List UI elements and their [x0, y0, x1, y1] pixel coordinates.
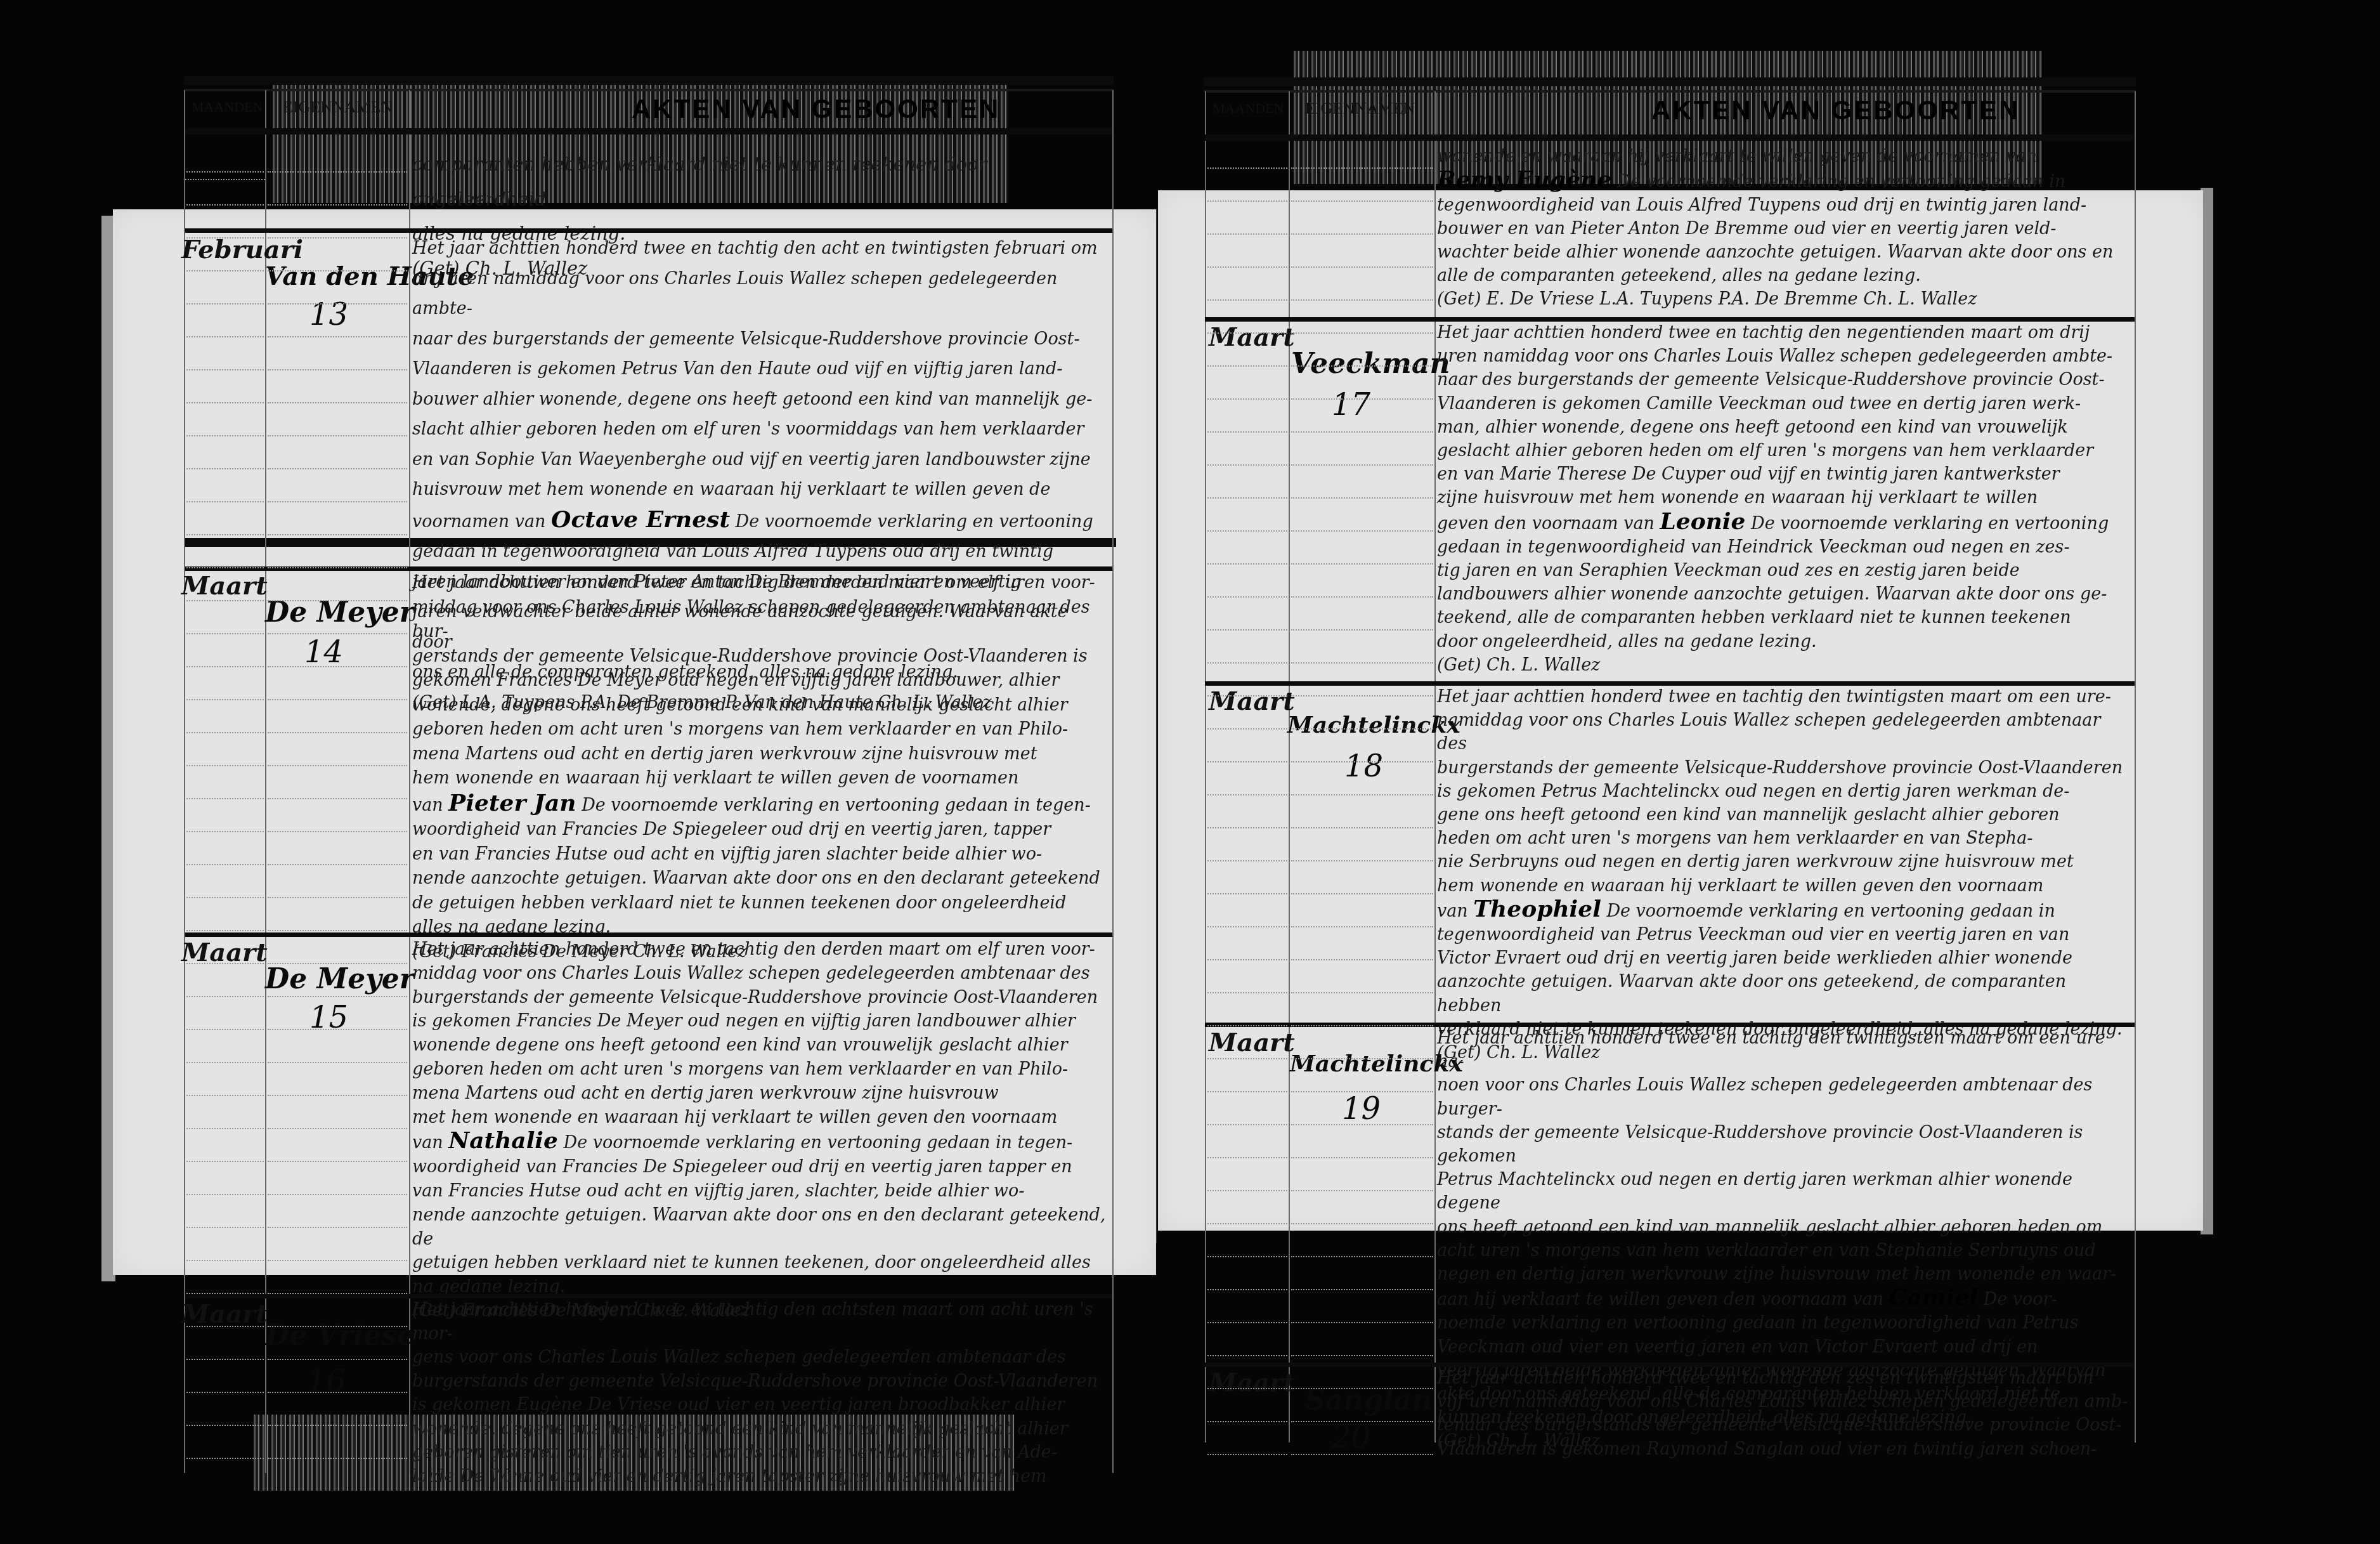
- ruled-guide-line: [1207, 1223, 1287, 1224]
- ruled-guide-line: [268, 336, 407, 337]
- entry-month: Maart: [1209, 1028, 1295, 1057]
- ruled-guide-line: [1207, 464, 1287, 466]
- ruled-guide-line: [1291, 761, 1433, 762]
- ruled-guide-line: [1207, 662, 1287, 664]
- ruled-guide-line: [268, 369, 407, 370]
- ruled-guide-line: [1291, 200, 1433, 202]
- ruled-guide-line: [1207, 1124, 1287, 1125]
- ruled-guide-line: [268, 798, 407, 799]
- ruled-guide-line: [186, 1128, 264, 1129]
- ruled-guide-line: [1207, 761, 1287, 762]
- ruled-guide-line: [1207, 926, 1287, 927]
- ruled-guide-line: [268, 1359, 407, 1360]
- ruled-guide-line: [186, 237, 264, 239]
- ruled-guide-line: [186, 699, 264, 700]
- ruled-guide-line: [186, 1293, 264, 1294]
- ruled-guide-line: [1207, 1256, 1287, 1257]
- ruled-guide-line: [1207, 365, 1287, 367]
- ruled-guide-line: [268, 270, 407, 272]
- ruled-guide-line: [268, 303, 407, 304]
- ruled-guide-line: [268, 1293, 407, 1294]
- ruled-guide-line: [1291, 1388, 1433, 1389]
- ruled-guide-line: [268, 501, 407, 502]
- ruled-guide-line: [1291, 827, 1433, 828]
- ruled-guide-line: [1291, 860, 1433, 861]
- ruled-guide-line: [268, 666, 407, 667]
- ruled-guide-line: [1207, 992, 1287, 993]
- ruled-guide-line: [268, 930, 407, 931]
- right-register: MAANDEN EIGENNAMEN AKTEN VAN GEBOORTEN w…: [0, 0, 2380, 1544]
- ruled-guide-line: [186, 1392, 264, 1393]
- ruled-guide-line: [186, 501, 264, 502]
- ruled-guide-line: [1291, 728, 1433, 729]
- ruled-guide-line: [186, 1161, 264, 1162]
- ruled-guide-line: [186, 666, 264, 667]
- ruled-guide-line: [1207, 728, 1287, 729]
- ruled-guide-line: [268, 1029, 407, 1030]
- ruled-guide-line: [1207, 827, 1287, 828]
- ruled-guide-line: [1207, 860, 1287, 861]
- ruled-guide-line: [268, 402, 407, 403]
- ruled-guide-line: [1207, 266, 1287, 268]
- ruled-guide-line: [1291, 1124, 1433, 1125]
- entry-number: 17: [1332, 387, 1370, 422]
- ruled-guide-line: [268, 1425, 407, 1426]
- ruled-guide-line: [268, 1392, 407, 1393]
- ruled-guide-line: [1291, 1454, 1433, 1455]
- ruled-guide-line: [1207, 233, 1287, 235]
- ruled-guide-line: [268, 1161, 407, 1162]
- ruled-guide-line: [1207, 1355, 1287, 1356]
- ruled-guide-line: [186, 930, 264, 931]
- continuation-text: wonende en waaraan hij verklaart te will…: [1437, 145, 2133, 311]
- ruled-guide-line: [1291, 1091, 1433, 1092]
- ruled-guide-line: [1291, 1256, 1433, 1257]
- ruled-guide-line: [1291, 233, 1433, 235]
- ruled-guide-line: [1291, 167, 1433, 169]
- entry-first-names: Theophiel: [1473, 896, 1601, 922]
- ruled-guide-line: [268, 435, 407, 436]
- entry-text: Het jaar achttien honderd twee en tachti…: [1437, 321, 2133, 677]
- entry-first-names: Camiel: [1889, 1284, 1978, 1311]
- ruled-guide-line: [1207, 1421, 1287, 1422]
- header-bottom-rule: [1205, 134, 2133, 141]
- ruled-guide-line: [268, 864, 407, 865]
- ruled-guide-line: [268, 1227, 407, 1228]
- ruled-guide-line: [1291, 530, 1433, 532]
- ruled-guide-line: [186, 633, 264, 634]
- ruled-guide-line: [1291, 662, 1433, 664]
- ruled-guide-line: [186, 1260, 264, 1261]
- ruled-guide-line: [268, 831, 407, 832]
- ruled-guide-line: [268, 732, 407, 733]
- ruled-guide-line: [1207, 431, 1287, 433]
- ruled-guide-line: [186, 765, 264, 766]
- ruled-guide-line: [1291, 1289, 1433, 1290]
- ruled-guide-line: [1207, 299, 1287, 301]
- ruled-guide-line: [186, 204, 264, 206]
- ruled-guide-line: [1207, 563, 1287, 565]
- ruled-guide-line: [186, 1095, 264, 1096]
- ruled-guide-line: [1207, 1091, 1287, 1092]
- ruled-guide-line: [1291, 893, 1433, 894]
- ruled-guide-line: [268, 600, 407, 601]
- ruled-guide-line: [268, 1260, 407, 1261]
- ruled-guide-line: [1291, 299, 1433, 301]
- ruled-guide-line: [186, 336, 264, 337]
- ruled-guide-line: [268, 237, 407, 239]
- ruled-guide-line: [268, 963, 407, 964]
- entry-month: Maart: [1209, 322, 1295, 352]
- ruled-guide-line: [186, 435, 264, 436]
- ruled-guide-line: [1207, 959, 1287, 960]
- ruled-guide-line: [268, 1194, 407, 1195]
- column-divider: [1434, 91, 1436, 1443]
- ruled-guide-line: [1291, 398, 1433, 400]
- entry-number: 18: [1344, 749, 1383, 784]
- ruled-guide-line: [1207, 167, 1287, 169]
- ruled-guide-line: [1291, 1058, 1433, 1059]
- ruled-guide-line: [268, 699, 407, 700]
- ruled-guide-line: [186, 963, 264, 964]
- ruled-guide-line: [1291, 1025, 1433, 1026]
- entry-first-names: Remy Eugène: [1437, 166, 1611, 193]
- ruled-guide-line: [268, 171, 407, 173]
- ruled-guide-line: [1291, 563, 1433, 565]
- ruled-guide-line: [186, 303, 264, 304]
- ruled-guide-line: [186, 270, 264, 272]
- ruled-guide-line: [186, 369, 264, 370]
- ruled-guide-line: [1207, 596, 1287, 598]
- ruled-guide-line: [268, 1326, 407, 1327]
- ruled-guide-line: [186, 996, 264, 997]
- ruled-guide-line: [1291, 794, 1433, 795]
- ruled-guide-line: [1207, 629, 1287, 631]
- ruled-guide-line: [268, 1458, 407, 1459]
- ruled-guide-line: [186, 171, 264, 173]
- ruled-guide-line: [186, 1359, 264, 1360]
- ruled-guide-line: [1207, 497, 1287, 499]
- ruled-guide-line: [186, 831, 264, 832]
- entry-text: Het jaar achttien honderd twee en tachti…: [1437, 685, 2133, 1064]
- ruled-guide-line: [1291, 1421, 1433, 1422]
- ruled-guide-line: [1207, 695, 1287, 697]
- header-months: MAANDEN: [1213, 100, 1284, 117]
- ruled-guide-line: [1207, 1322, 1287, 1323]
- ruled-guide-line: [1291, 497, 1433, 499]
- ruled-guide-line: [1291, 332, 1433, 334]
- column-divider: [1289, 91, 1290, 1443]
- ruled-guide-line: [186, 732, 264, 733]
- ruled-guide-line: [1207, 794, 1287, 795]
- ruled-guide-line: [1207, 332, 1287, 334]
- entry-month: Maart: [1209, 1368, 1295, 1397]
- ruled-guide-line: [186, 897, 264, 898]
- ruled-guide-line: [1207, 893, 1287, 894]
- ruled-guide-line: [268, 1095, 407, 1096]
- ruled-guide-line: [268, 204, 407, 206]
- ruled-guide-line: [186, 402, 264, 403]
- ruled-guide-line: [268, 567, 407, 568]
- ruled-guide-line: [186, 1062, 264, 1063]
- ruled-guide-line: [1291, 1355, 1433, 1356]
- ruled-guide-line: [1207, 1157, 1287, 1158]
- ruled-guide-line: [268, 1128, 407, 1129]
- ruled-guide-line: [1291, 1322, 1433, 1323]
- ruled-guide-line: [1291, 596, 1433, 598]
- ruled-guide-line: [1207, 1025, 1287, 1026]
- ruled-guide-line: [186, 567, 264, 568]
- ruled-guide-line: [268, 1062, 407, 1063]
- entry-first-names: Leonie: [1660, 508, 1745, 535]
- ruled-guide-line: [186, 1425, 264, 1426]
- ruled-guide-line: [1207, 1454, 1287, 1455]
- entry-surname: Machtelinckx: [1287, 712, 1460, 738]
- ruled-guide-line: [1291, 431, 1433, 433]
- header-top-rule: [1204, 77, 2136, 86]
- ruled-guide-line: [1291, 695, 1433, 697]
- entry-number: 19: [1342, 1091, 1381, 1127]
- ruled-guide-line: [186, 534, 264, 535]
- ruled-guide-line: [1291, 266, 1433, 268]
- ruled-guide-line: [1207, 1058, 1287, 1059]
- ruled-guide-line: [186, 864, 264, 865]
- entry-month: Maart: [1209, 686, 1295, 716]
- entry-number: 20: [1332, 1420, 1370, 1455]
- header-birth-acts: AKTEN VAN GEBOORTEN: [1651, 95, 2020, 126]
- entry-surname: Veeckman: [1291, 348, 1450, 380]
- ruled-guide-line: [268, 996, 407, 997]
- ruled-guide-line: [1291, 959, 1433, 960]
- ruled-guide-line: [268, 468, 407, 469]
- ruled-guide-line: [1291, 365, 1433, 367]
- ruled-guide-line: [1207, 1388, 1287, 1389]
- ruled-guide-line: [186, 1227, 264, 1228]
- column-divider: [1205, 91, 1206, 1443]
- ruled-guide-line: [1291, 1190, 1433, 1191]
- ruled-guide-line: [186, 1194, 264, 1195]
- ruled-guide-line: [1291, 629, 1433, 631]
- ruled-guide-line: [268, 534, 407, 535]
- header-top-rule-thin: [1204, 90, 2136, 93]
- ruled-guide-line: [1207, 398, 1287, 400]
- ruled-guide-line: [268, 633, 407, 634]
- header-names: EIGENNAMEN: [1305, 99, 1415, 118]
- ruled-guide-line: [1291, 464, 1433, 466]
- ruled-guide-line: [186, 468, 264, 469]
- ruled-guide-line: [1207, 1190, 1287, 1191]
- ruled-guide-line: [1207, 530, 1287, 532]
- ruled-guide-line: [1291, 1223, 1433, 1224]
- ruled-guide-line: [1291, 1157, 1433, 1158]
- column-divider: [2135, 91, 2136, 1443]
- ruled-guide-line: [1291, 926, 1433, 927]
- ruled-guide-line: [1207, 200, 1287, 202]
- ruled-guide-line: [186, 1458, 264, 1459]
- ruled-guide-line: [186, 1029, 264, 1030]
- ruled-guide-line: [1291, 992, 1433, 993]
- ruled-guide-line: [268, 765, 407, 766]
- ruled-guide-line: [186, 798, 264, 799]
- entry-text: Het jaar achttien honderd twee en tachti…: [1437, 1366, 2133, 1461]
- ruled-guide-line: [1207, 1289, 1287, 1290]
- ruled-guide-line: [186, 1326, 264, 1327]
- ruled-guide-line: [268, 897, 407, 898]
- ruled-guide-line: [186, 600, 264, 601]
